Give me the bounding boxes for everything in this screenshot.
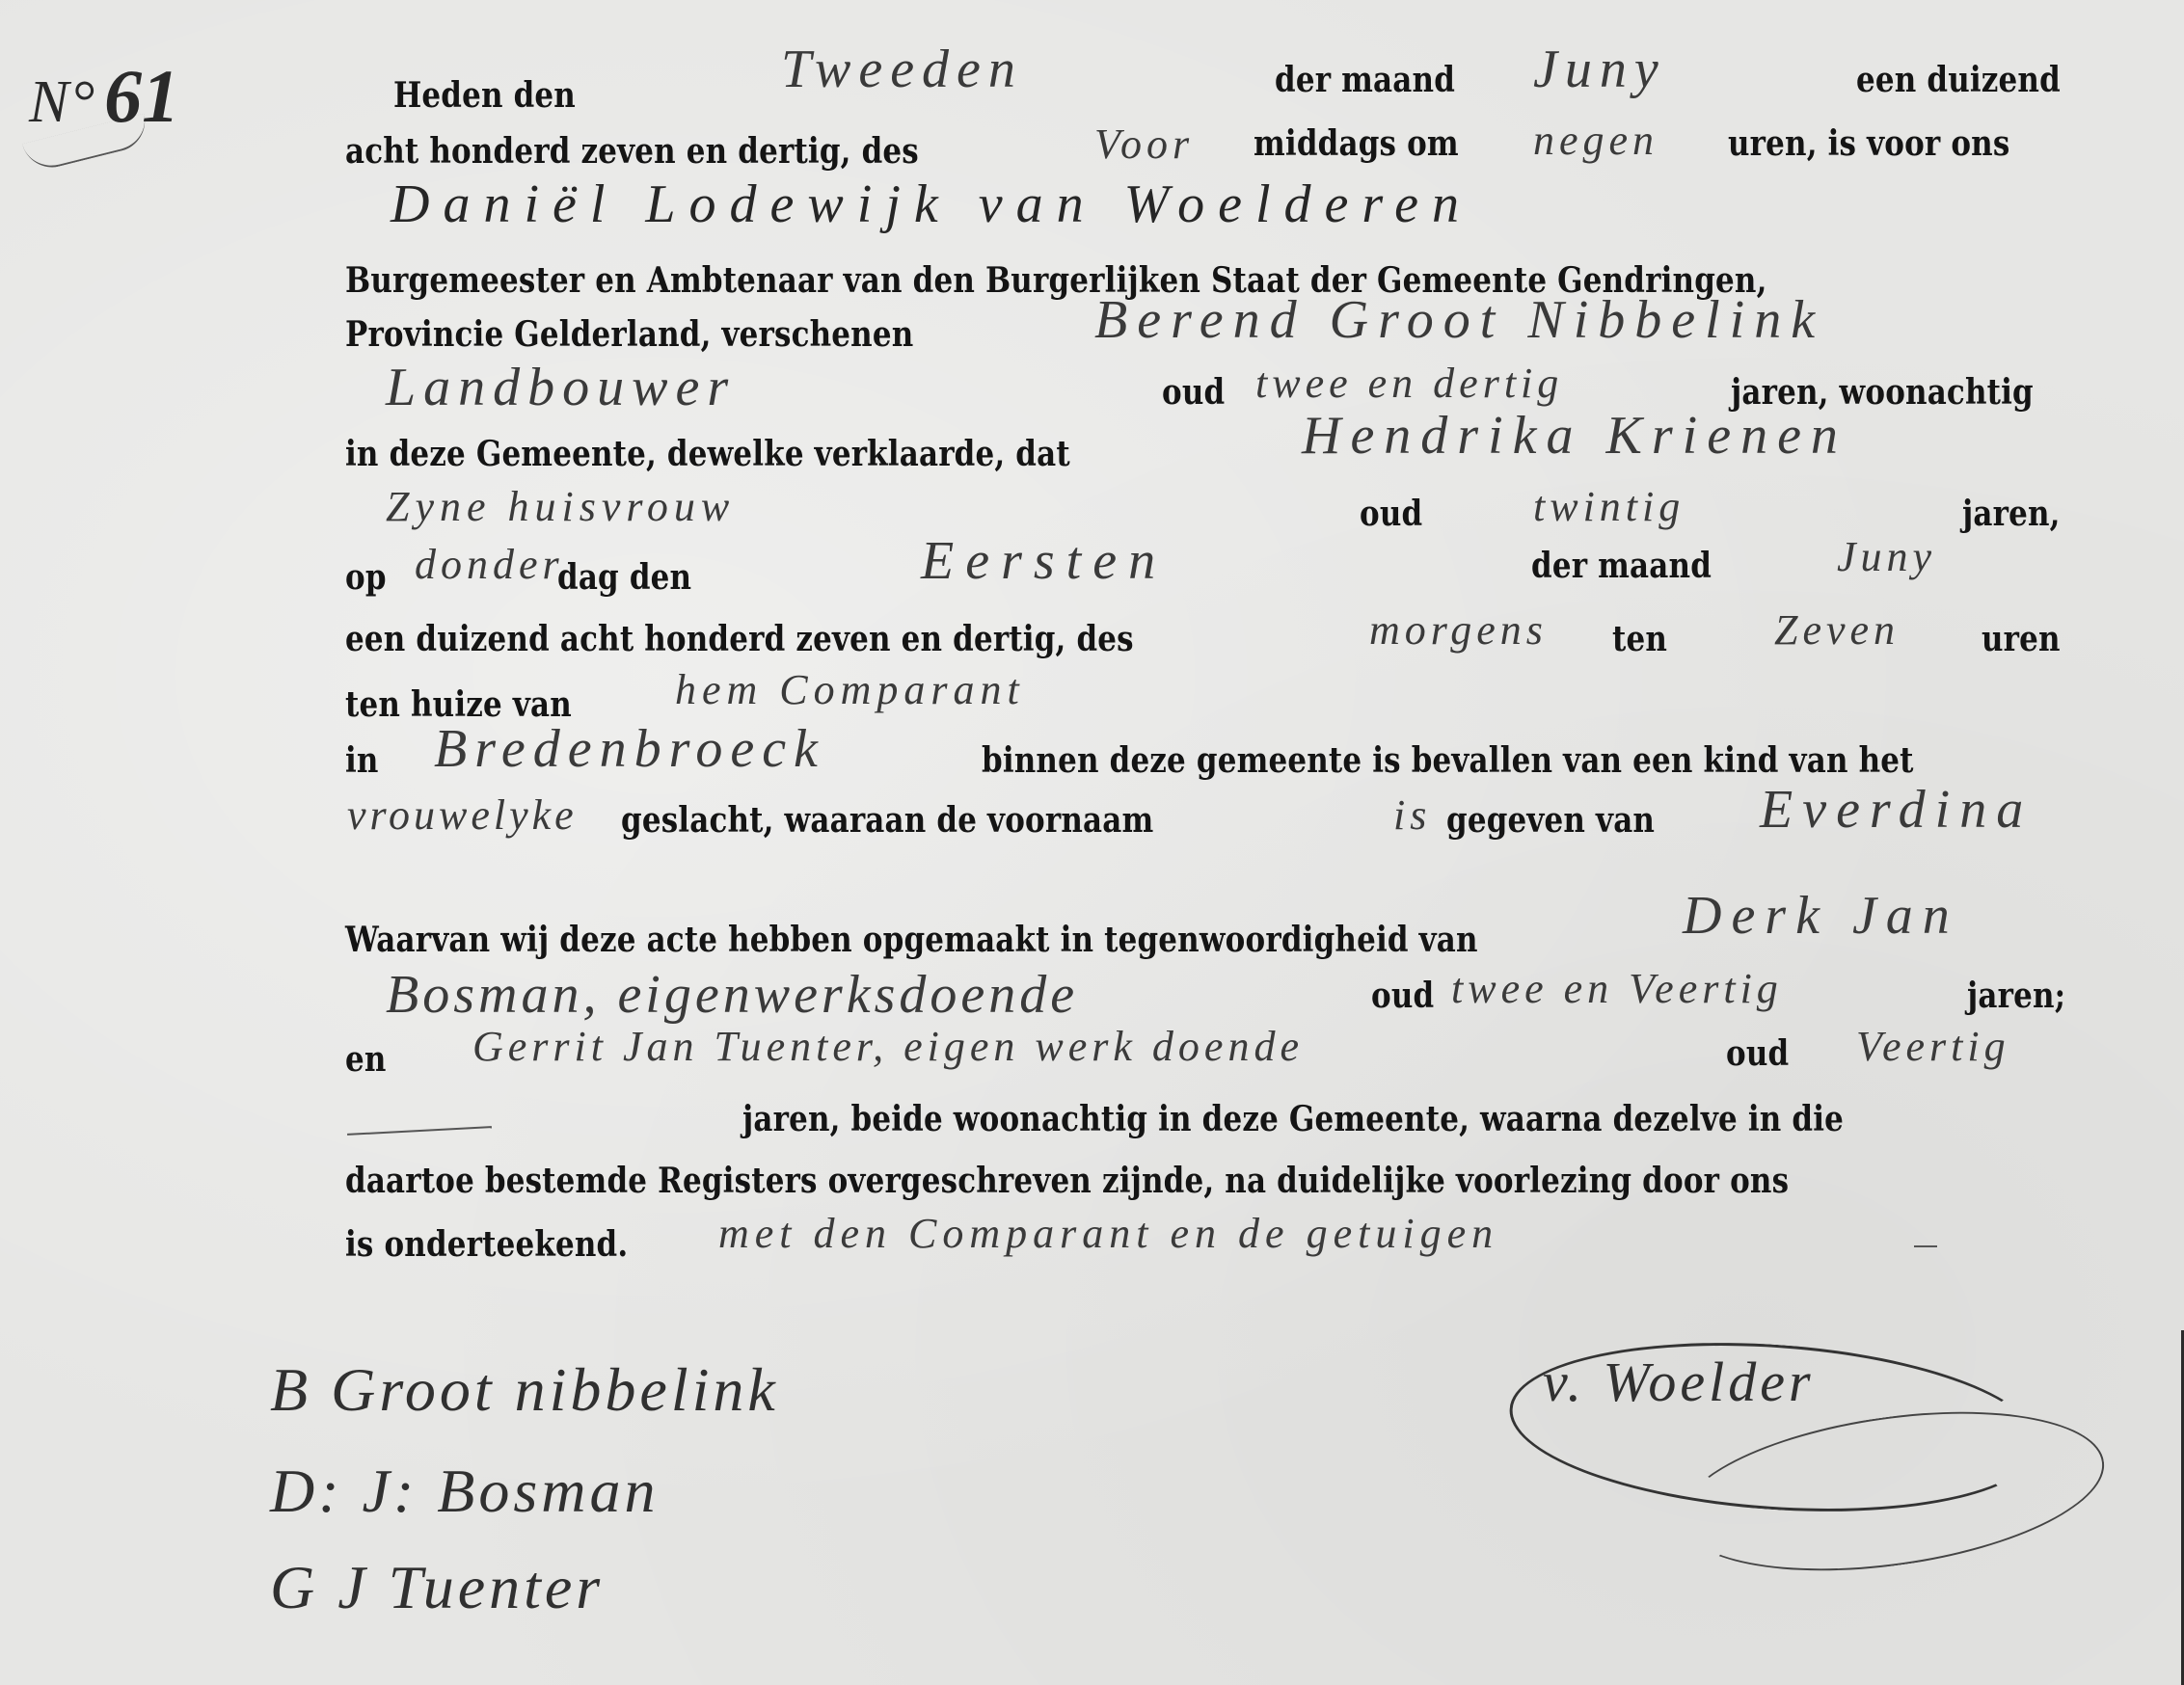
line-1b: der maand	[1275, 60, 1484, 100]
printed-text: uren	[1982, 619, 2061, 659]
signature-witness-2: G J Tuenter	[270, 1552, 604, 1623]
line-9: op	[345, 557, 393, 598]
printed-text: een duizend acht honderd zeven en dertig…	[345, 619, 1134, 659]
printed-text: oud	[1726, 1033, 1789, 1074]
line-10b: ten	[1612, 619, 1676, 659]
handwritten-birth-month: Juny	[1837, 532, 1936, 581]
printed-text: op	[345, 557, 387, 598]
record-number: N°61	[29, 53, 179, 140]
certificate-page: N°61 Heden den Tweeden der maand Juny ee…	[0, 0, 2184, 1685]
handwritten-birth-house: hem Comparant	[675, 665, 1025, 714]
printed-text: oud	[1371, 976, 1434, 1016]
printed-text: binnen deze gemeente is bevallen van een…	[982, 740, 1914, 781]
line-12: in	[345, 740, 384, 781]
line-12b: binnen deze gemeente is bevallen van een…	[982, 740, 2065, 781]
handwritten-closing-note: met den Comparant en de getuigen	[718, 1209, 1498, 1258]
line-8: oud	[1360, 494, 1433, 534]
printed-text: der maand	[1531, 546, 1712, 586]
line-16b: oud	[1726, 1033, 1799, 1074]
handwritten-witness-1-surname-occupation: Bosman, eigenwerksdoende	[386, 964, 1078, 1026]
line-14: Waarvan wij deze acte hebben opgemaakt i…	[345, 920, 1662, 960]
line-5: Provincie Gelderland, verschenen	[345, 314, 1006, 355]
printed-text: jaren,	[1962, 494, 2061, 534]
printed-text: een duizend	[1856, 60, 2061, 100]
filler-line	[347, 1126, 492, 1136]
handwritten-birth-hour: Zeven	[1774, 605, 1900, 655]
line-2c: uren, is voor ons	[1728, 123, 2056, 164]
line-18: daartoe bestemde Registers overgeschreve…	[345, 1161, 2024, 1201]
line-13b: gegeven van	[1446, 800, 1688, 841]
printed-text: geslacht, waaraan de voornaam	[621, 800, 1153, 841]
line-1: Heden den	[393, 75, 606, 116]
handwritten-mother-name: Hendrika Krienen	[1302, 405, 1847, 467]
handwritten-witness-2: Gerrit Jan Tuenter, eigen werk doende	[472, 1022, 1304, 1071]
printed-text: daartoe bestemde Registers overgeschreve…	[345, 1161, 1789, 1201]
line-13: geslacht, waaraan de voornaam	[621, 800, 1240, 841]
handwritten-registration-month: Juny	[1533, 39, 1666, 100]
printed-text: Provincie Gelderland, verschenen	[345, 314, 913, 355]
printed-text: oud	[1162, 372, 1225, 413]
handwritten-declarant-name: Berend Groot Nibbelink	[1094, 289, 1824, 351]
handwritten-mother-age: twintig	[1533, 482, 1685, 531]
signature-declarant: B Groot nibbelink	[270, 1354, 779, 1426]
line-10c: uren	[1982, 619, 2073, 659]
printed-text: acht honderd zeven en dertig, des	[345, 131, 919, 172]
printed-text: en	[345, 1039, 387, 1080]
line-9c: der maand	[1531, 546, 1740, 586]
line-16: en	[345, 1039, 392, 1080]
printed-text: ten	[1612, 619, 1667, 659]
printed-text: dag den	[557, 557, 691, 598]
handwritten-birth-daypart: morgens	[1369, 605, 1548, 655]
printed-text: in	[345, 740, 379, 781]
signature-witness-1: D: J: Bosman	[270, 1456, 659, 1527]
handwritten-declarant-age: twee en dertig	[1255, 359, 1563, 408]
printed-text: uren, is voor ons	[1728, 123, 2009, 164]
line-8b: jaren,	[1962, 494, 2076, 534]
printed-text: Heden den	[393, 75, 576, 116]
line-1c: een duizend	[1856, 60, 2093, 100]
printed-text: is onderteekend.	[345, 1224, 628, 1265]
printed-text: jaren;	[1967, 976, 2065, 1016]
handwritten-weekday: donder	[415, 540, 564, 589]
handwritten-mother-relation: Zyne huisvrouw	[386, 482, 735, 531]
printed-text: in deze Gemeente, dewelke verklaarde, da…	[345, 434, 1070, 474]
line-6: oud	[1162, 372, 1235, 413]
handwritten-time-of-day: Voor	[1094, 120, 1194, 169]
handwritten-birth-day: Eersten	[921, 530, 1167, 592]
printed-text: Waarvan wij deze acte hebben opgemaakt i…	[345, 920, 1478, 960]
handwritten-registration-day: Tweeden	[781, 39, 1023, 100]
printed-text: gegeven van	[1446, 800, 1655, 841]
handwritten-hour: negen	[1533, 116, 1658, 165]
printed-text: middags om	[1254, 123, 1459, 164]
line-7: in deze Gemeente, dewelke verklaarde, da…	[345, 434, 1188, 474]
printed-text: jaren, beide woonachtig in deze Gemeente…	[742, 1099, 1844, 1139]
handwritten-witness-1-name: Derk Jan	[1683, 885, 1959, 947]
line-17: jaren, beide woonachtig in deze Gemeente…	[742, 1099, 2023, 1139]
line-19: is onderteekend.	[345, 1224, 674, 1265]
line-10: een duizend acht honderd zeven en dertig…	[345, 619, 1262, 659]
handwritten-declarant-occupation: Landbouwer	[386, 357, 736, 418]
handwritten-birth-place: Bredenbroeck	[434, 718, 825, 780]
handwritten-child-name: Everdina	[1760, 779, 2033, 841]
line-2: acht honderd zeven en dertig, des	[345, 131, 1012, 172]
record-number-prefix: N°	[29, 69, 96, 135]
filler-dash	[1914, 1245, 1937, 1247]
printed-text: oud	[1360, 494, 1422, 534]
handwritten-witness-2-age: Veertig	[1856, 1022, 2010, 1071]
handwritten-witness-1-age: twee en Veertig	[1451, 964, 1783, 1013]
handwritten-is: is	[1393, 790, 1431, 840]
line-2b: middags om	[1254, 123, 1493, 164]
handwritten-child-sex: vrouwelyke	[347, 790, 578, 840]
line-9b: dag den	[557, 557, 714, 598]
printed-text: der maand	[1275, 60, 1455, 100]
line-15: oud	[1371, 976, 1444, 1016]
handwritten-registrar-name: Daniël Lodewijk van Woelderen	[391, 174, 1472, 235]
line-15b: jaren;	[1967, 976, 2082, 1016]
